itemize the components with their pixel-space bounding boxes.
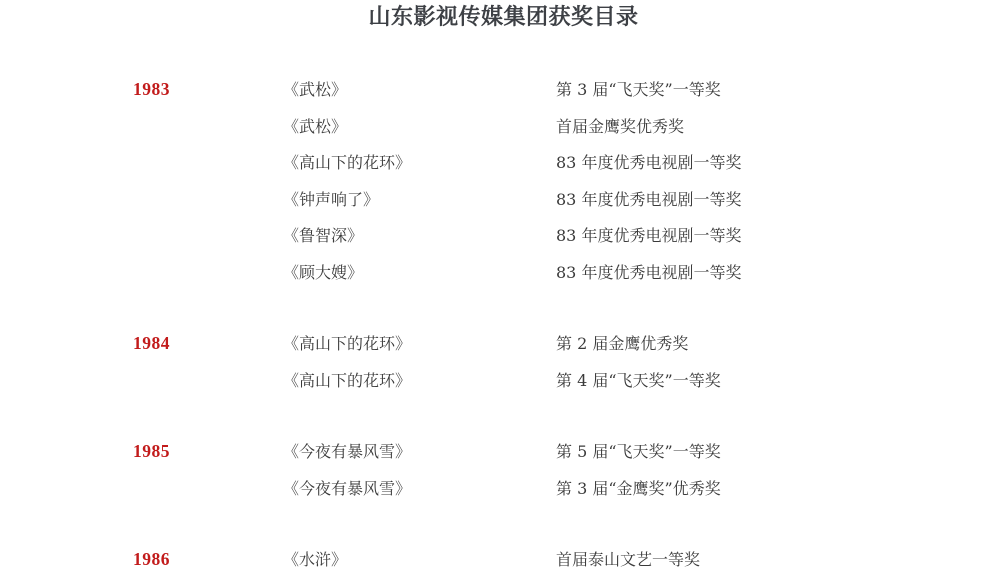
work-title: 《高山下的花环》 <box>283 334 411 354</box>
award-row: 1986 《水浒》 首届泰山文艺一等奖 <box>0 549 1007 571</box>
award-name: 83 年度优秀电视剧一等奖 <box>556 153 741 173</box>
work-title: 《武松》 <box>283 80 347 100</box>
award-row: 《钟声响了》 83 年度优秀电视剧一等奖 <box>0 189 1007 211</box>
award-catalog-document: 山东影视传媒集团获奖目录 1983 《武松》 第 3 届“飞天奖”一等奖 《武松… <box>0 0 1007 571</box>
award-name: 第 5 届“飞天奖”一等奖 <box>556 442 721 462</box>
award-row: 《顾大嫂》 83 年度优秀电视剧一等奖 <box>0 262 1007 284</box>
year-label: 1985 <box>133 441 170 461</box>
work-title: 《高山下的花环》 <box>283 371 411 391</box>
year-label: 1986 <box>133 549 170 569</box>
award-row: 《高山下的花环》 第 4 届“飞天奖”一等奖 <box>0 370 1007 392</box>
award-row: 1984 《高山下的花环》 第 2 届金鹰优秀奖 <box>0 333 1007 355</box>
award-row: 《高山下的花环》 83 年度优秀电视剧一等奖 <box>0 152 1007 174</box>
page-title: 山东影视传媒集团获奖目录 <box>0 4 1007 32</box>
year-label: 1984 <box>133 333 170 353</box>
work-title: 《今夜有暴风雪》 <box>283 479 411 499</box>
work-title: 《今夜有暴风雪》 <box>283 442 411 462</box>
award-row: 《鲁智深》 83 年度优秀电视剧一等奖 <box>0 225 1007 247</box>
award-name: 83 年度优秀电视剧一等奖 <box>556 226 741 246</box>
award-name: 首届泰山文艺一等奖 <box>556 550 700 570</box>
award-name: 第 4 届“飞天奖”一等奖 <box>556 371 721 391</box>
award-row: 《武松》 首届金鹰奖优秀奖 <box>0 116 1007 138</box>
work-title: 《水浒》 <box>283 550 347 570</box>
work-title: 《武松》 <box>283 117 347 137</box>
work-title: 《钟声响了》 <box>283 190 379 210</box>
award-row: 《今夜有暴风雪》 第 3 届“金鹰奖”优秀奖 <box>0 478 1007 500</box>
award-name: 第 3 届“飞天奖”一等奖 <box>556 80 721 100</box>
award-name: 第 3 届“金鹰奖”优秀奖 <box>556 479 721 499</box>
award-row: 1985 《今夜有暴风雪》 第 5 届“飞天奖”一等奖 <box>0 441 1007 463</box>
work-title: 《鲁智深》 <box>283 226 363 246</box>
year-label: 1983 <box>133 79 170 99</box>
award-row: 1983 《武松》 第 3 届“飞天奖”一等奖 <box>0 79 1007 101</box>
award-name: 首届金鹰奖优秀奖 <box>556 117 684 137</box>
award-name: 83 年度优秀电视剧一等奖 <box>556 263 741 283</box>
award-name: 83 年度优秀电视剧一等奖 <box>556 190 741 210</box>
work-title: 《顾大嫂》 <box>283 263 363 283</box>
work-title: 《高山下的花环》 <box>283 153 411 173</box>
award-name: 第 2 届金鹰优秀奖 <box>556 334 688 354</box>
